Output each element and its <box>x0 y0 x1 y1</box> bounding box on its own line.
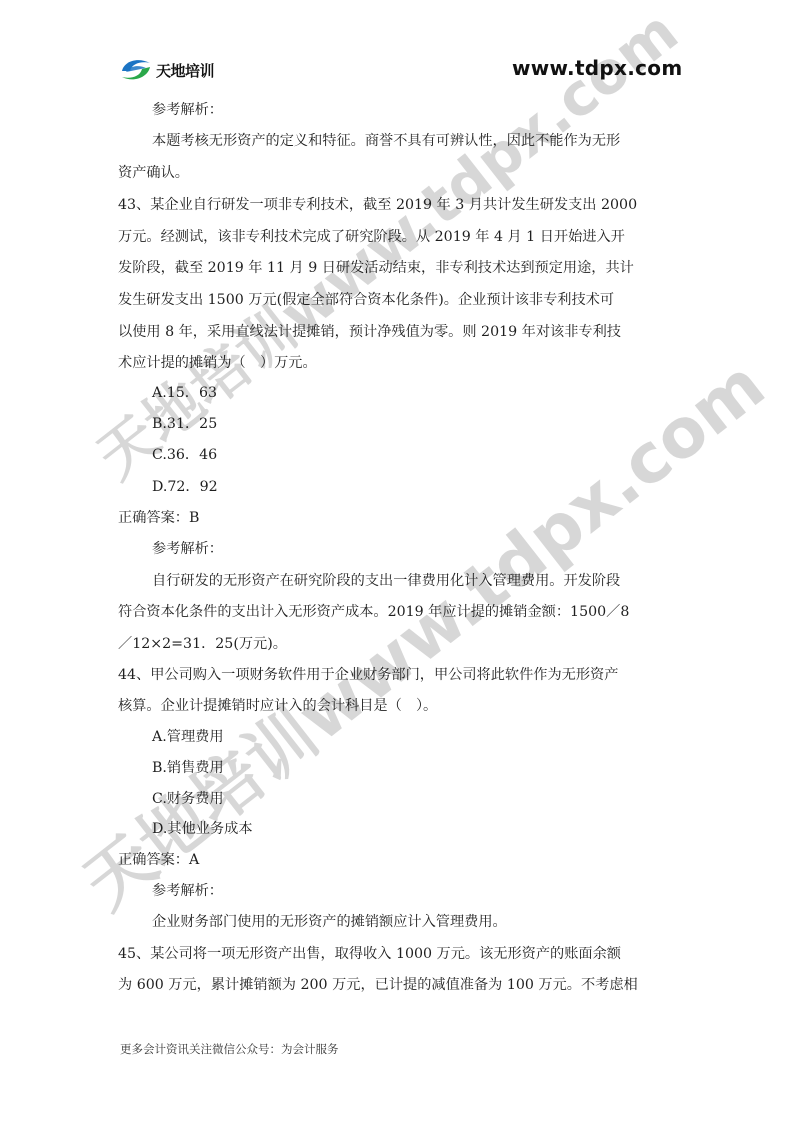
site-url: www.tdpx.com <box>512 56 682 80</box>
question-43-text: 以使用 8 年，采用直线法计提摊销，预计净残值为零。则 2019 年对该非专利技 <box>118 322 621 342</box>
logo-swirl-icon <box>120 57 152 83</box>
question-43-text: 43、某企业自行研发一项非专利技术，截至 2019 年 3 月共计发生研发支出 … <box>118 195 637 215</box>
page-header: 天地培训 www.tdpx.com <box>0 0 793 100</box>
analysis-label: 参考解析： <box>152 100 223 120</box>
brand-logo: 天地培训 <box>120 55 214 85</box>
question-44-text: 44、甲公司购入一项财务软件用于企业财务部门，甲公司将此软件作为无形资产 <box>118 665 618 685</box>
analysis-text: 本题考核无形资产的定义和特征。商誉不具有可辨认性，因此不能作为无形 <box>152 131 620 151</box>
option-c: C.财务费用 <box>152 789 224 809</box>
question-43-text: 发阶段，截至 2019 年 11 月 9 日研发活动结束，非专利技术达到预定用途… <box>118 258 634 278</box>
option-c: C.36．46 <box>152 445 217 465</box>
option-b: B.31．25 <box>152 414 217 434</box>
option-a: A.管理费用 <box>152 727 224 747</box>
option-d: D.其他业务成本 <box>152 819 253 839</box>
analysis-text: 自行研发的无形资产在研究阶段的支出一律费用化计入管理费用。开发阶段 <box>152 571 620 591</box>
question-43-text: 术应计提的摊销为（ ）万元。 <box>118 353 317 373</box>
option-b: B.销售费用 <box>152 758 224 778</box>
option-a: A.15．63 <box>152 383 217 403</box>
page-footer: 更多会计资讯关注微信公众号：为会计服务 <box>120 1041 339 1057</box>
question-45-text: 为 600 万元，累计摊销额为 200 万元，已计提的减值准备为 100 万元。… <box>118 975 638 995</box>
question-45-text: 45、某公司将一项无形资产出售，取得收入 1000 万元。该无形资产的账面余额 <box>118 944 621 964</box>
analysis-label: 参考解析： <box>152 539 223 559</box>
question-43-text: 万元。经测试，该非专利技术完成了研究阶段。从 2019 年 4 月 1 日开始进… <box>118 227 625 247</box>
logo-text: 天地培训 <box>156 60 214 81</box>
question-43-text: 发生研发支出 1500 万元(假定全部符合资本化条件)。企业预计该非专利技术可 <box>118 290 614 310</box>
question-44-text: 核算。企业计提摊销时应计入的会计科目是（ ）。 <box>118 696 437 716</box>
analysis-text: ／12×2=31．25(万元)。 <box>118 634 287 654</box>
analysis-text: 资产确认。 <box>118 163 189 183</box>
analysis-text: 符合资本化条件的支出计入无形资产成本。2019 年应计提的摊销金额：1500／8 <box>118 602 629 622</box>
correct-answer: 正确答案：B <box>118 508 199 528</box>
analysis-label: 参考解析： <box>152 881 223 901</box>
analysis-text: 企业财务部门使用的无形资产的摊销额应计入管理费用。 <box>152 912 507 932</box>
correct-answer: 正确答案：A <box>118 850 199 870</box>
option-d: D.72．92 <box>152 477 218 497</box>
